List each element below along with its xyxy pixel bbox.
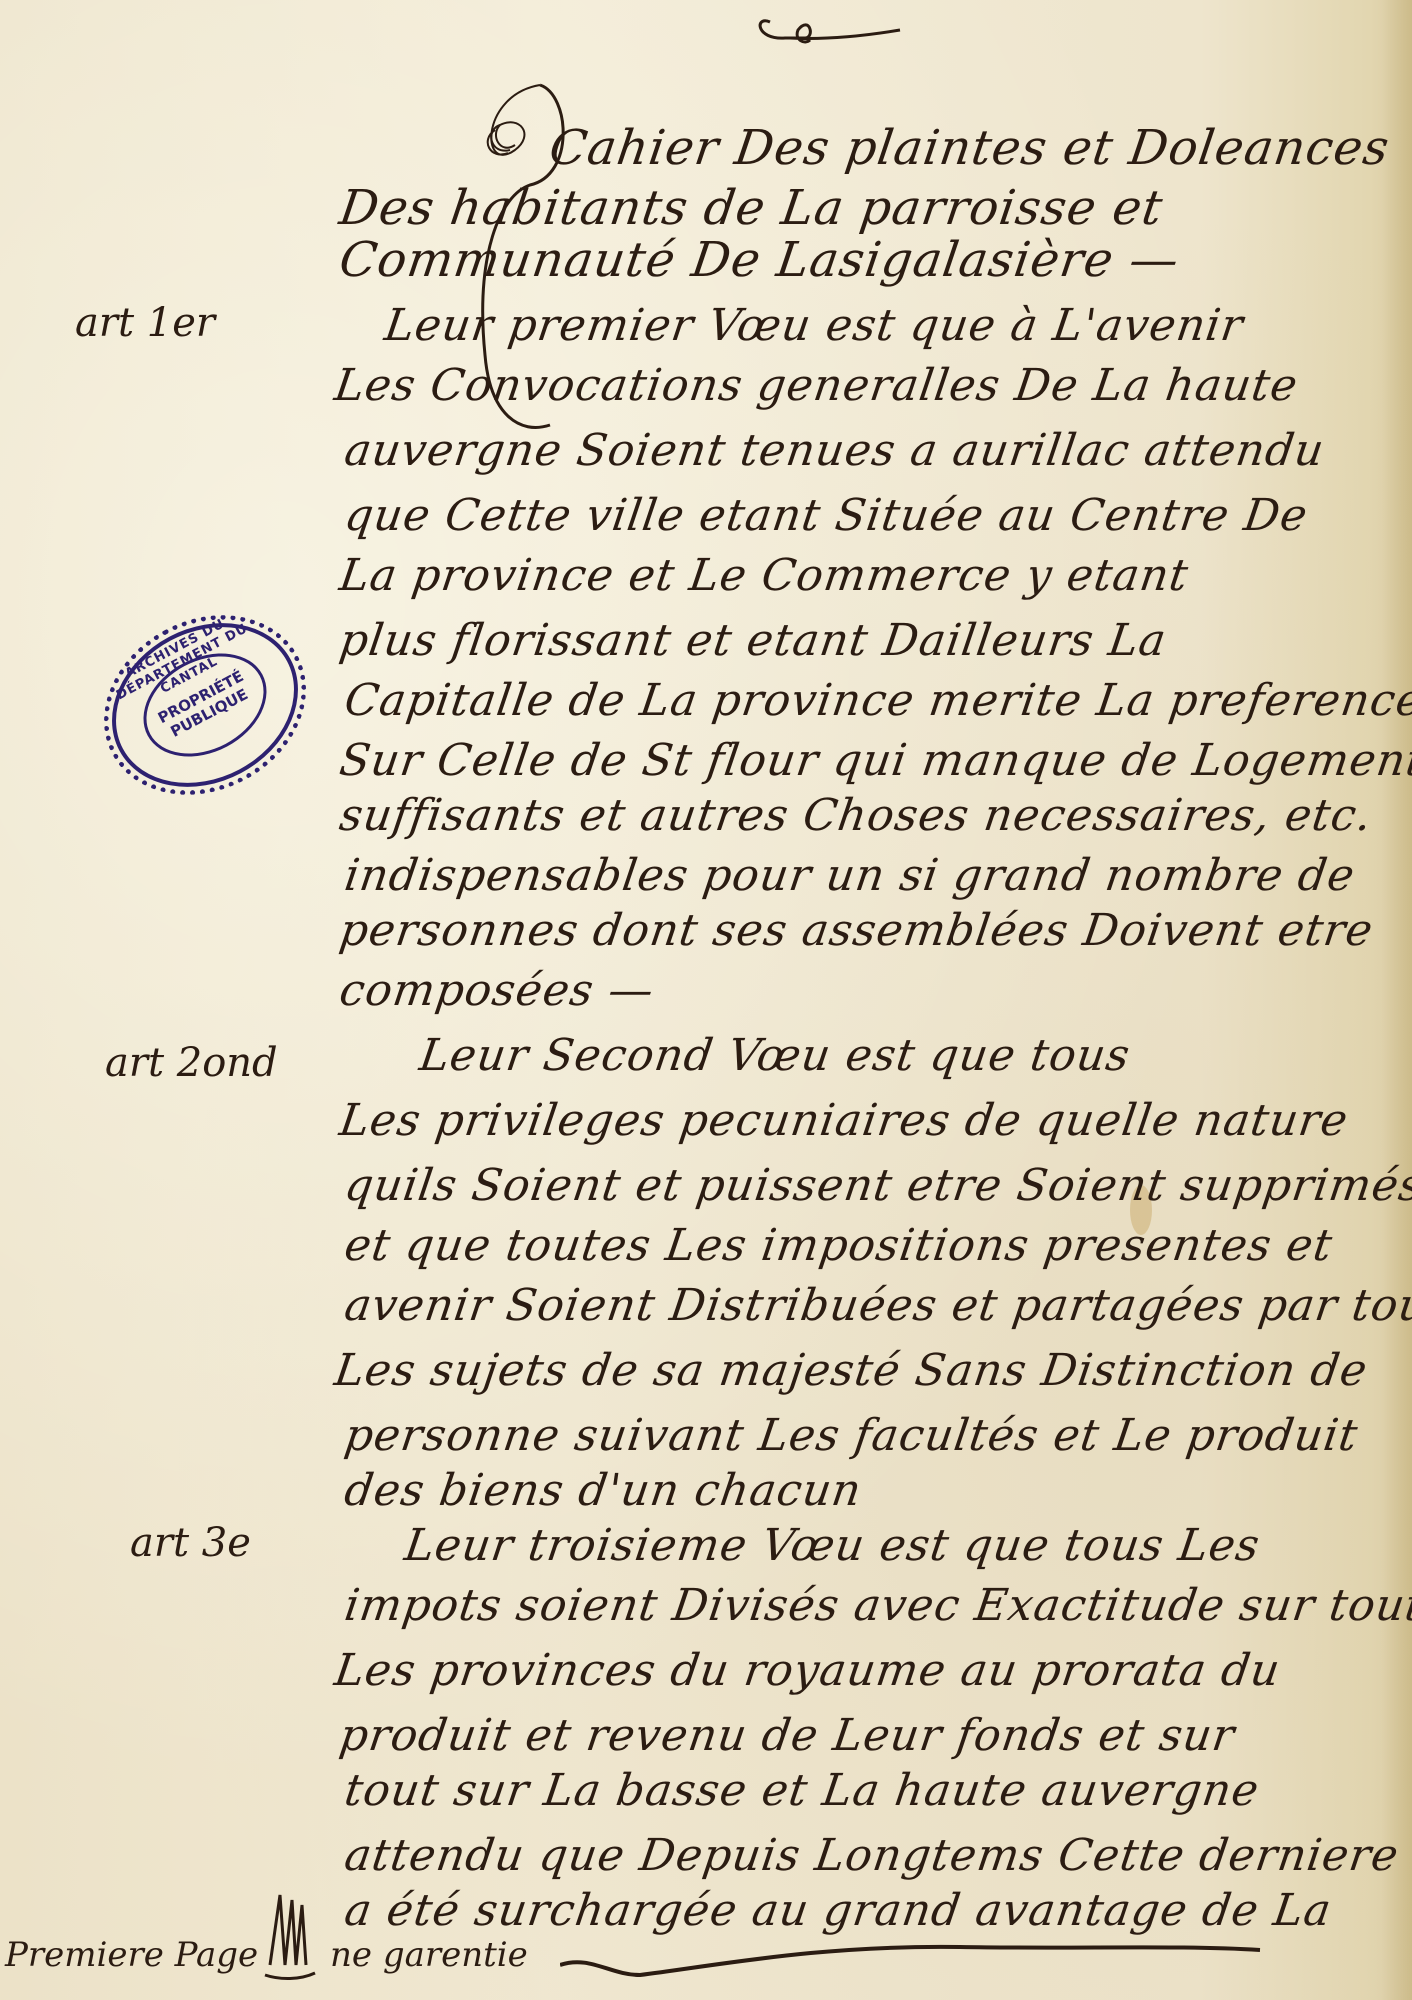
article-3-line: produit et revenu de Leur fonds et sur [336, 1710, 1238, 1761]
article-1-line: auvergne Soient tenues a aurillac attend… [341, 425, 1327, 476]
archive-stamp: ARCHIVES DU DÉPARTEMENT DU CANTAL PROPRI… [72, 581, 337, 830]
article-3-line: Leur troisieme Vœu est que tous Les [401, 1520, 1263, 1571]
article-3-line: impots soient Divisés avec Exactitude su… [341, 1580, 1412, 1631]
article-2-label: art 2ond [105, 1040, 278, 1086]
article-2-line: Les privileges pecuniaires de quelle nat… [336, 1095, 1351, 1146]
article-2-line: quils Soient et puissent etre Soient sup… [341, 1160, 1412, 1211]
heading-line-2: Des habitants de La parroisse et [336, 180, 1167, 236]
article-1-line: que Cette ville etant Située au Centre D… [341, 490, 1311, 541]
top-flourish-icon [750, 10, 910, 50]
paraph-signature-icon [260, 1885, 320, 1985]
article-3-line: attendu que Depuis Longtems Cette dernie… [341, 1830, 1402, 1881]
article-3-label: art 3e [130, 1520, 251, 1566]
article-3-line: tout sur La basse et La haute auvergne [341, 1765, 1262, 1816]
heading-line-3: Communauté De Lasigalasière — [336, 232, 1183, 288]
closing-flourish-icon [560, 1935, 1280, 1995]
footer-continuation: ne garentie [330, 1935, 528, 1975]
article-1-line: Capitalle de La province merite La prefe… [341, 675, 1412, 726]
article-2-line: avenir Soient Distribuées et partagées p… [341, 1280, 1412, 1331]
paper-edge [1382, 0, 1412, 2000]
article-2-line: et que toutes Les impositions presentes … [341, 1220, 1335, 1271]
article-2-line: personne suivant Les facultés et Le prod… [341, 1410, 1361, 1461]
article-3-line: Les provinces du royaume au prorata du [331, 1645, 1283, 1696]
article-1-line: Sur Celle de St flour qui manque de Loge… [336, 735, 1412, 786]
article-1-line: La province et Le Commerce y etant [336, 550, 1191, 601]
article-1-label: art 1er [75, 300, 215, 346]
article-2-line: des biens d'un chacun [341, 1465, 865, 1516]
article-1-line: plus florissant et etant Dailleurs La [336, 615, 1169, 666]
manuscript-page: Cahier Des plaintes et Doleances Des hab… [0, 0, 1412, 2000]
article-1-line: suffisants et autres Choses necessaires,… [336, 790, 1375, 841]
article-2-line: Leur Second Vœu est que tous [416, 1030, 1133, 1081]
article-2-line: Les sujets de sa majesté Sans Distinctio… [331, 1345, 1370, 1396]
article-1-line: composées — [336, 965, 657, 1016]
article-1-line: Leur premier Vœu est que à L'avenir [381, 300, 1246, 351]
heading-line-1: Cahier Des plaintes et Doleances [546, 120, 1393, 176]
article-1-line: indispensables pour un si grand nombre d… [341, 850, 1358, 901]
article-1-line: Les Convocations generalles De La haute [331, 360, 1301, 411]
footer-page-note: Premiere Page [5, 1935, 258, 1975]
article-3-line: a été surchargée au grand avantage de La [341, 1885, 1334, 1936]
article-1-line: personnes dont ses assemblées Doivent et… [336, 905, 1376, 956]
